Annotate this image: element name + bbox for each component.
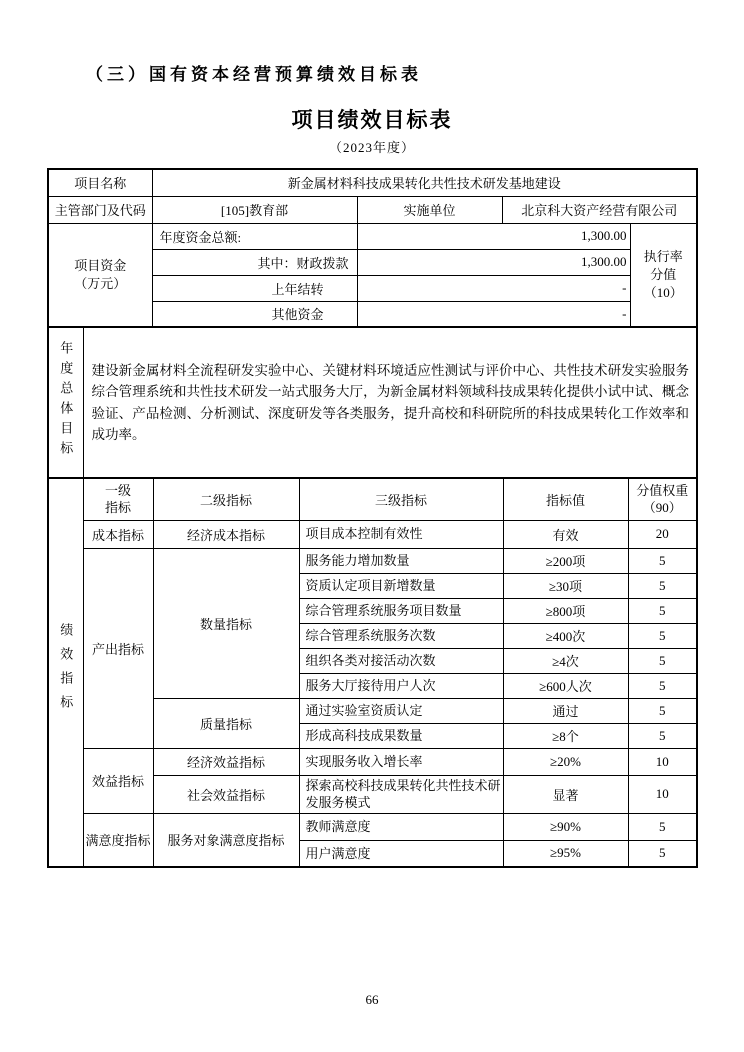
funding-row-total: 项目资金 （万元） 年度资金总额: 1,300.00 执行率 分值 （10） bbox=[48, 223, 697, 249]
indicator-score: 5 bbox=[628, 548, 697, 573]
section-heading: （三）国有资本经营预算绩效目标表 bbox=[86, 60, 422, 85]
department-value: [105]教育部 bbox=[152, 196, 357, 223]
indicator-value: 通过 bbox=[503, 698, 628, 723]
indicator-score: 5 bbox=[628, 598, 697, 623]
indicators-header-row: 绩效指标 一级 指标 二级指标 三级指标 指标值 分值权重 （90） bbox=[48, 478, 697, 520]
project-name-label: 项目名称 bbox=[48, 169, 152, 196]
document-page: { "page": { "section_heading": "（三）国有资本经… bbox=[0, 0, 744, 1052]
indicator-name: 服务能力增加数量 bbox=[299, 548, 503, 573]
indicator-name: 组织各类对接活动次数 bbox=[299, 648, 503, 673]
department-row: 主管部门及代码 [105]教育部 实施单位 北京科大资产经营有限公司 bbox=[48, 196, 697, 223]
indicator-value: ≥4次 bbox=[503, 648, 628, 673]
funding-other-label: 其他资金 bbox=[152, 301, 357, 327]
indicator-row: 成本指标 经济成本指标 项目成本控制有效性 有效 20 bbox=[48, 520, 697, 548]
indicator-score: 5 bbox=[628, 573, 697, 598]
indicator-value: 显著 bbox=[503, 775, 628, 813]
indicator-value: ≥90% bbox=[503, 813, 628, 840]
header-level2: 二级指标 bbox=[153, 478, 299, 520]
indicator-score: 5 bbox=[628, 648, 697, 673]
project-name-value: 新金属材料科技成果转化共性技术研发基地建设 bbox=[152, 169, 697, 196]
indicator-name: 综合管理系统服务次数 bbox=[299, 623, 503, 648]
indicator-row: 产出指标 数量指标 服务能力增加数量 ≥200项 5 bbox=[48, 548, 697, 573]
indicator-name: 资质认定项目新增数量 bbox=[299, 573, 503, 598]
indicator-score: 10 bbox=[628, 775, 697, 813]
indicator-name: 用户满意度 bbox=[299, 840, 503, 867]
department-label: 主管部门及代码 bbox=[48, 196, 152, 223]
indicator-value: ≥600人次 bbox=[503, 673, 628, 698]
level2-quality: 质量指标 bbox=[153, 698, 299, 748]
indicator-name: 服务大厅接待用户人次 bbox=[299, 673, 503, 698]
indicator-value: 有效 bbox=[503, 520, 628, 548]
level1-output: 产出指标 bbox=[83, 548, 153, 748]
indicator-score: 5 bbox=[628, 813, 697, 840]
page-number: 66 bbox=[0, 992, 744, 1008]
indicator-value: ≥20% bbox=[503, 748, 628, 775]
project-funding-label: 项目资金 （万元） bbox=[48, 223, 152, 327]
indicator-name: 教师满意度 bbox=[299, 813, 503, 840]
level2-service-satisfaction: 服务对象满意度指标 bbox=[153, 813, 299, 867]
indicator-score: 5 bbox=[628, 623, 697, 648]
level2-social-benefit: 社会效益指标 bbox=[153, 775, 299, 813]
annual-goal-text: 建设新金属材料全流程研发实验中心、关键材料环境适应性测试与评价中心、共性技术研发… bbox=[83, 327, 697, 478]
funding-carryover-value: - bbox=[357, 275, 630, 301]
project-name-row: 项目名称 新金属材料科技成果转化共性技术研发基地建设 bbox=[48, 169, 697, 196]
level2-economic-cost: 经济成本指标 bbox=[153, 520, 299, 548]
indicator-value: ≥400次 bbox=[503, 623, 628, 648]
annual-goal-table: 年度总体目标 建设新金属材料全流程研发实验中心、关键材料环境适应性测试与评价中心… bbox=[47, 326, 698, 479]
level2-quantity: 数量指标 bbox=[153, 548, 299, 698]
indicator-row: 效益指标 经济效益指标 实现服务收入增长率 ≥20% 10 bbox=[48, 748, 697, 775]
execution-rate-score-label: 执行率 分值 （10） bbox=[630, 223, 697, 327]
implementing-unit-label: 实施单位 bbox=[357, 196, 502, 223]
level1-satisfaction: 满意度指标 bbox=[83, 813, 153, 867]
indicator-name: 通过实验室资质认定 bbox=[299, 698, 503, 723]
annual-goal-row: 年度总体目标 建设新金属材料全流程研发实验中心、关键材料环境适应性测试与评价中心… bbox=[48, 327, 697, 478]
implementing-unit-value: 北京科大资产经营有限公司 bbox=[502, 196, 697, 223]
indicators-table: 绩效指标 一级 指标 二级指标 三级指标 指标值 分值权重 （90） 成本指标 … bbox=[47, 477, 698, 868]
indicator-score: 20 bbox=[628, 520, 697, 548]
page-title: 项目绩效目标表 bbox=[0, 104, 744, 134]
level2-economic-benefit: 经济效益指标 bbox=[153, 748, 299, 775]
funding-carryover-label: 上年结转 bbox=[152, 275, 357, 301]
indicator-name: 项目成本控制有效性 bbox=[299, 520, 503, 548]
indicator-score: 5 bbox=[628, 698, 697, 723]
level1-cost: 成本指标 bbox=[83, 520, 153, 548]
indicator-value: ≥95% bbox=[503, 840, 628, 867]
indicator-score: 10 bbox=[628, 748, 697, 775]
indicator-value: ≥800项 bbox=[503, 598, 628, 623]
funding-other-value: - bbox=[357, 301, 630, 327]
funding-total-value: 1,300.00 bbox=[357, 223, 630, 249]
date-subtitle: （2023年度） bbox=[0, 137, 744, 156]
indicator-score: 5 bbox=[628, 673, 697, 698]
header-weight: 分值权重 （90） bbox=[628, 478, 697, 520]
header-value: 指标值 bbox=[503, 478, 628, 520]
indicator-name: 实现服务收入增长率 bbox=[299, 748, 503, 775]
indicator-name: 综合管理系统服务项目数量 bbox=[299, 598, 503, 623]
funding-fiscal-label: 其中：财政拨款 bbox=[152, 249, 357, 275]
annual-goal-label: 年度总体目标 bbox=[48, 327, 83, 478]
header-level3: 三级指标 bbox=[299, 478, 503, 520]
indicators-group-label: 绩效指标 bbox=[48, 478, 83, 867]
header-level1: 一级 指标 bbox=[83, 478, 153, 520]
level1-benefit: 效益指标 bbox=[83, 748, 153, 813]
performance-target-table: 项目名称 新金属材料科技成果转化共性技术研发基地建设 主管部门及代码 [105]… bbox=[47, 168, 696, 868]
funding-total-label: 年度资金总额: bbox=[152, 223, 357, 249]
indicator-row: 满意度指标 服务对象满意度指标 教师满意度 ≥90% 5 bbox=[48, 813, 697, 840]
indicator-value: ≥8个 bbox=[503, 723, 628, 748]
funding-fiscal-value: 1,300.00 bbox=[357, 249, 630, 275]
info-funding-table: 项目名称 新金属材料科技成果转化共性技术研发基地建设 主管部门及代码 [105]… bbox=[47, 168, 698, 328]
indicator-value: ≥200项 bbox=[503, 548, 628, 573]
indicator-name: 形成高科技成果数量 bbox=[299, 723, 503, 748]
indicator-score: 5 bbox=[628, 723, 697, 748]
indicator-value: ≥30项 bbox=[503, 573, 628, 598]
indicator-name: 探索高校科技成果转化共性技术研发服务模式 bbox=[299, 775, 503, 813]
indicator-score: 5 bbox=[628, 840, 697, 867]
